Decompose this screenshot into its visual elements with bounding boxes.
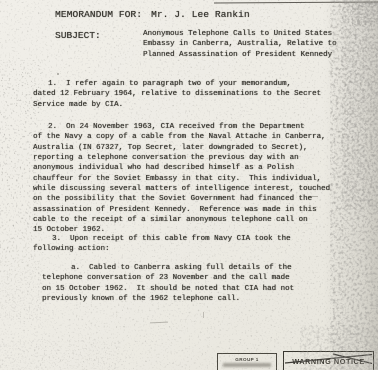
memo-for-value: Mr. J. Lee Rankin [151, 9, 250, 20]
subject-block: Anonymous Telephone Calls to United Stat… [143, 29, 337, 60]
body-line: 1. I refer again to paragraph two of you… [33, 79, 343, 89]
body-line: anonymous individual who had described h… [33, 163, 343, 173]
group-stamp-smudge [223, 363, 271, 367]
body-line: of the Navy a copy of a cable from the N… [33, 132, 343, 142]
body-line: telephone conversation of 23 November an… [42, 273, 337, 283]
subject-line: Planned Assassination of President Kenne… [143, 50, 337, 60]
body-line: following action: [33, 244, 343, 254]
memo-for-label: MEMORANDUM FOR: [55, 9, 142, 20]
body-line: Service made by CIA. [33, 100, 343, 110]
paragraph-1: 1. I refer again to paragraph two of you… [33, 79, 343, 110]
warning-notice-stamp: WARNING NOTICE [283, 351, 374, 370]
body-line: on 15 October 1962. It should be noted t… [42, 284, 337, 294]
paragraph-2: 2. On 24 November 1963, CIA received fro… [33, 122, 343, 236]
memo-for-row: MEMORANDUM FOR:Mr. J. Lee Rankin [55, 9, 250, 20]
top-rule-line [214, 1, 378, 3]
scan-dash [150, 322, 168, 324]
body-line: 3. Upon receipt of this cable from Navy … [33, 234, 343, 244]
body-line: assassination of President Kennedy. Refe… [33, 205, 343, 215]
group-stamp-label: GROUP 1 [218, 357, 276, 362]
subject-line: Anonymous Telephone Calls to United Stat… [143, 29, 337, 39]
memorandum-page: MEMORANDUM FOR:Mr. J. Lee Rankin SUBJECT… [0, 0, 378, 370]
body-line: cable to the receipt of a similar anonym… [33, 215, 343, 225]
body-line: Australia (IN 67327, Top Secret, later d… [33, 143, 343, 153]
group-1-classification-stamp: GROUP 1 [217, 353, 277, 370]
subject-line: Embassy in Canberra, Australia, Relative… [143, 39, 337, 49]
body-line: reporting a telephone conversation the p… [33, 153, 343, 163]
paragraph-3: 3. Upon receipt of this cable from Navy … [33, 234, 343, 255]
body-line: while discussing several matters of inte… [33, 184, 343, 194]
scan-tick [203, 312, 204, 318]
subject-label: SUBJECT: [55, 30, 101, 41]
scan-dash [308, 196, 318, 197]
strikethrough-mark [284, 352, 375, 370]
body-line: previously known of the 1962 telephone c… [42, 294, 337, 304]
scan-speck [57, 73, 59, 75]
body-line: 2. On 24 November 1963, CIA received fro… [33, 122, 343, 132]
body-line: a. Cabled to Canberra asking full detail… [42, 263, 337, 273]
body-line: dated 12 February 1964, relative to diss… [33, 89, 343, 99]
body-line: on the possibility that the Soviet Gover… [33, 194, 343, 204]
body-line: chauffeur for the Soviet Embassy in that… [33, 174, 343, 184]
sub-paragraph-a: a. Cabled to Canberra asking full detail… [42, 263, 337, 304]
